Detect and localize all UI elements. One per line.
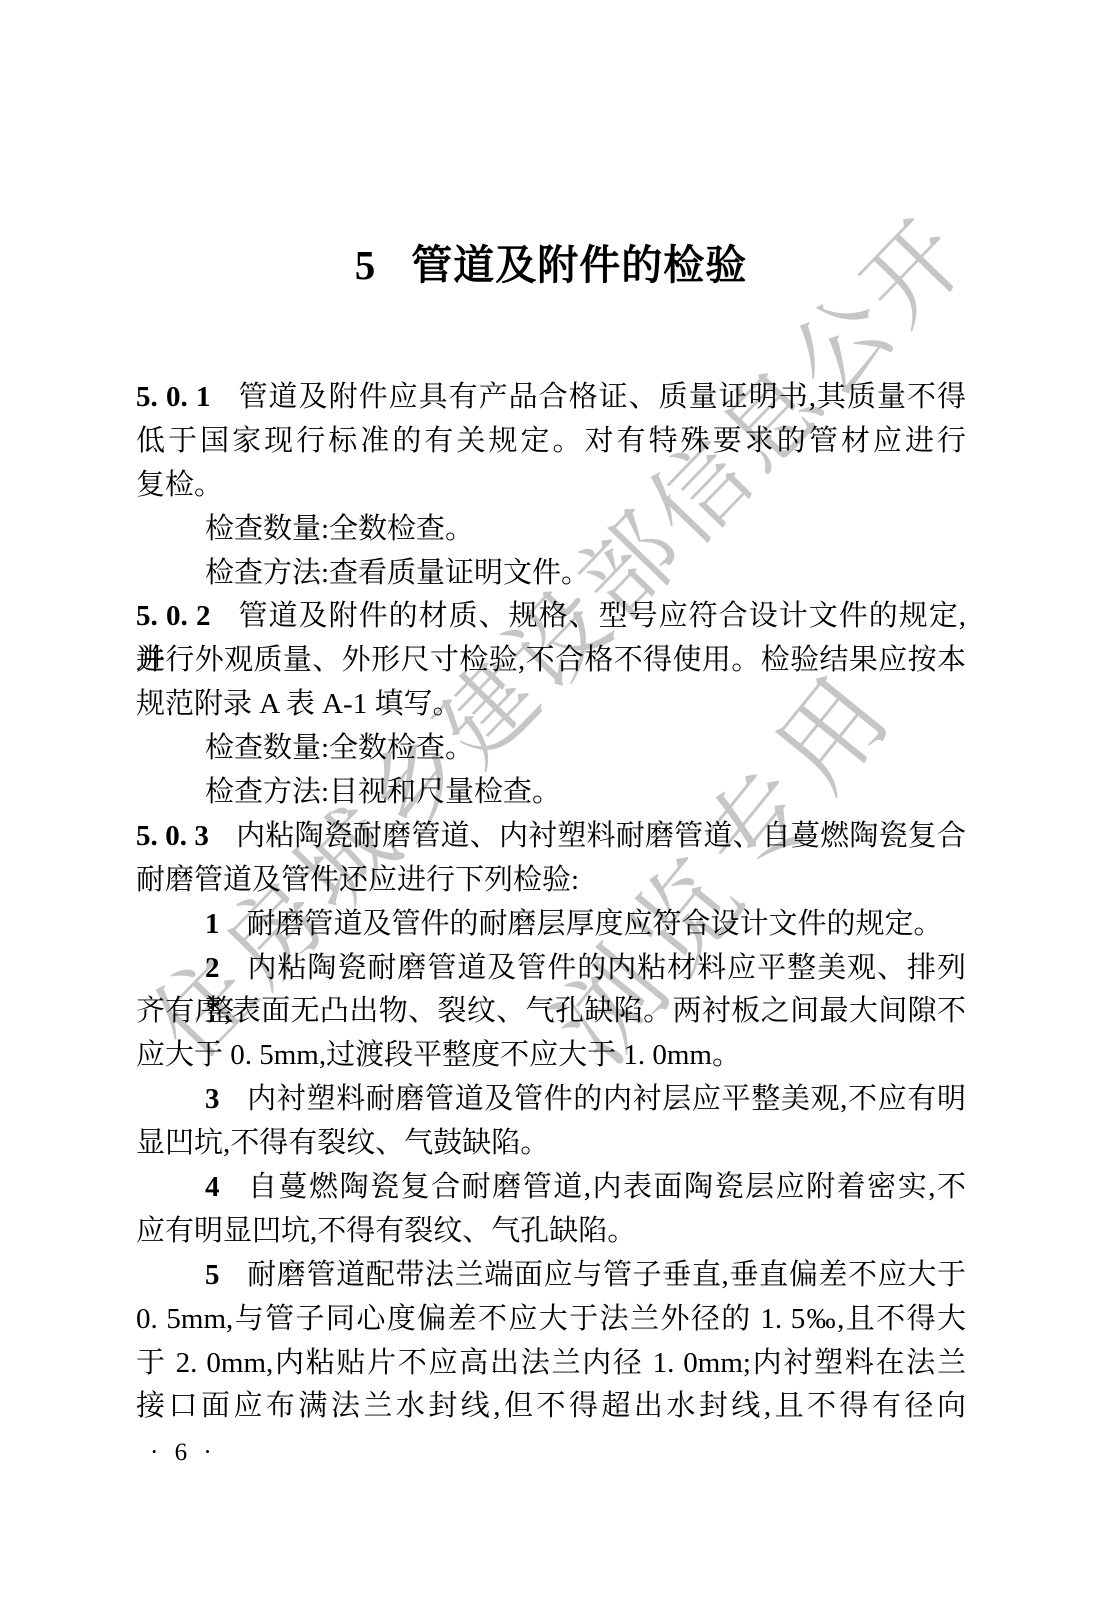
text-line: 5. 0. 1管道及附件应具有产品合格证、质量证明书,其质量不得	[136, 376, 966, 420]
text-line: 复检。	[136, 464, 966, 508]
text-line: 0. 5mm,与管子同心度偏差不应大于法兰外径的 1. 5‰,且不得大	[136, 1298, 966, 1342]
line-text: 耐磨管道配带法兰端面应与管子垂直,垂直偏差不应大于	[247, 1259, 967, 1291]
line-text: 检查方法:查看质量证明文件。	[205, 557, 590, 589]
clause-number: 5. 0. 2	[136, 600, 211, 632]
line-text: 显凹坑,不得有裂纹、气鼓缺陷。	[136, 1127, 549, 1159]
line-text: 低于国家现行标准的有关规定。对有特殊要求的管材应进行	[136, 425, 966, 457]
clause-number: 5. 0. 1	[136, 381, 211, 413]
line-text: 接口面应布满法兰水封线,但不得超出水封线,且不得有径向	[136, 1390, 966, 1422]
line-text: 0. 5mm,与管子同心度偏差不应大于法兰外径的 1. 5‰,且不得大	[136, 1303, 966, 1335]
text-line: 5. 0. 3内粘陶瓷耐磨管道、内衬塑料耐磨管道、自蔓燃陶瓷复合	[136, 815, 966, 859]
document-body: 5. 0. 1管道及附件应具有产品合格证、质量证明书,其质量不得低于国家现行标准…	[136, 376, 966, 1429]
line-text: 检查数量:全数检查。	[205, 732, 474, 764]
clause-number: 5	[205, 1259, 220, 1291]
text-line: 检查数量:全数检查。	[136, 508, 966, 552]
line-text: 内粘陶瓷耐磨管道、内衬塑料耐磨管道、自蔓燃陶瓷复合	[236, 820, 966, 852]
clause-number: 3	[205, 1083, 220, 1115]
text-line: 检查方法:查看质量证明文件。	[136, 552, 966, 596]
text-line: 显凹坑,不得有裂纹、气鼓缺陷。	[136, 1122, 966, 1166]
text-line: 4自蔓燃陶瓷复合耐磨管道,内表面陶瓷层应附着密实,不	[136, 1166, 966, 1210]
line-text: 自蔓燃陶瓷复合耐磨管道,内表面陶瓷层应附着密实,不	[247, 1171, 967, 1203]
text-line: 规范附录 A 表 A-1 填写。	[136, 683, 966, 727]
text-line: 检查方法:目视和尺量检查。	[136, 771, 966, 815]
line-text: 耐磨管道及管件还应进行下列检验:	[136, 864, 579, 896]
line-text: 检查方法:目视和尺量检查。	[205, 776, 561, 808]
text-line: 应大于 0. 5mm,过渡段平整度不应大于 1. 0mm。	[136, 1034, 966, 1078]
line-text: 内衬塑料耐磨管道及管件的内衬层应平整美观,不应有明	[247, 1083, 967, 1115]
text-line: 耐磨管道及管件还应进行下列检验:	[136, 859, 966, 903]
text-line: 进行外观质量、外形尺寸检验,不合格不得使用。检验结果应按本	[136, 639, 966, 683]
line-text: 耐磨管道及管件的耐磨层厚度应符合设计文件的规定。	[247, 908, 943, 940]
clause-number: 1	[205, 908, 220, 940]
page-number: · 6 ·	[150, 1438, 217, 1468]
clause-number: 4	[205, 1171, 220, 1203]
text-line: 5. 0. 2管道及附件的材质、规格、型号应符合设计文件的规定,并	[136, 595, 966, 639]
clause-number: 5. 0. 3	[136, 820, 209, 852]
text-line: 应有明显凹坑,不得有裂纹、气孔缺陷。	[136, 1210, 966, 1254]
text-line: 低于国家现行标准的有关规定。对有特殊要求的管材应进行	[136, 420, 966, 464]
line-text: 规范附录 A 表 A-1 填写。	[136, 688, 461, 720]
document-page: 住房城乡建设部信息公开 浏览专用 5管道及附件的检验 5. 0. 1管道及附件应…	[0, 0, 1102, 1598]
line-text: 复检。	[136, 469, 223, 501]
chapter-title-text: 管道及附件的检验	[411, 242, 747, 288]
line-text: 检查数量:全数检查。	[205, 513, 474, 545]
text-line: 齐有序,表面无凸出物、裂纹、气孔缺陷。两衬板之间最大间隙不	[136, 990, 966, 1034]
line-text: 于 2. 0mm,内粘贴片不应高出法兰内径 1. 0mm;内衬塑料在法兰	[136, 1347, 966, 1379]
page-content: 5管道及附件的检验 5. 0. 1管道及附件应具有产品合格证、质量证明书,其质量…	[0, 0, 1102, 1598]
line-text: 管道及附件应具有产品合格证、质量证明书,其质量不得	[238, 381, 966, 413]
text-line: 接口面应布满法兰水封线,但不得超出水封线,且不得有径向	[136, 1385, 966, 1429]
text-line: 于 2. 0mm,内粘贴片不应高出法兰内径 1. 0mm;内衬塑料在法兰	[136, 1342, 966, 1386]
line-text: 进行外观质量、外形尺寸检验,不合格不得使用。检验结果应按本	[136, 644, 966, 676]
text-line: 1耐磨管道及管件的耐磨层厚度应符合设计文件的规定。	[136, 903, 966, 947]
text-line: 检查数量:全数检查。	[136, 727, 966, 771]
text-line: 5耐磨管道配带法兰端面应与管子垂直,垂直偏差不应大于	[136, 1254, 966, 1298]
text-line: 3内衬塑料耐磨管道及管件的内衬层应平整美观,不应有明	[136, 1078, 966, 1122]
line-text: 齐有序,表面无凸出物、裂纹、气孔缺陷。两衬板之间最大间隙不	[136, 995, 966, 1027]
chapter-title: 5管道及附件的检验	[136, 240, 966, 291]
clause-number: 2	[205, 952, 220, 984]
line-text: 应有明显凹坑,不得有裂纹、气孔缺陷。	[136, 1215, 636, 1247]
chapter-number: 5	[355, 242, 376, 288]
line-text: 应大于 0. 5mm,过渡段平整度不应大于 1. 0mm。	[136, 1039, 741, 1071]
text-line: 2内粘陶瓷耐磨管道及管件的内粘材料应平整美观、排列整	[136, 947, 966, 991]
